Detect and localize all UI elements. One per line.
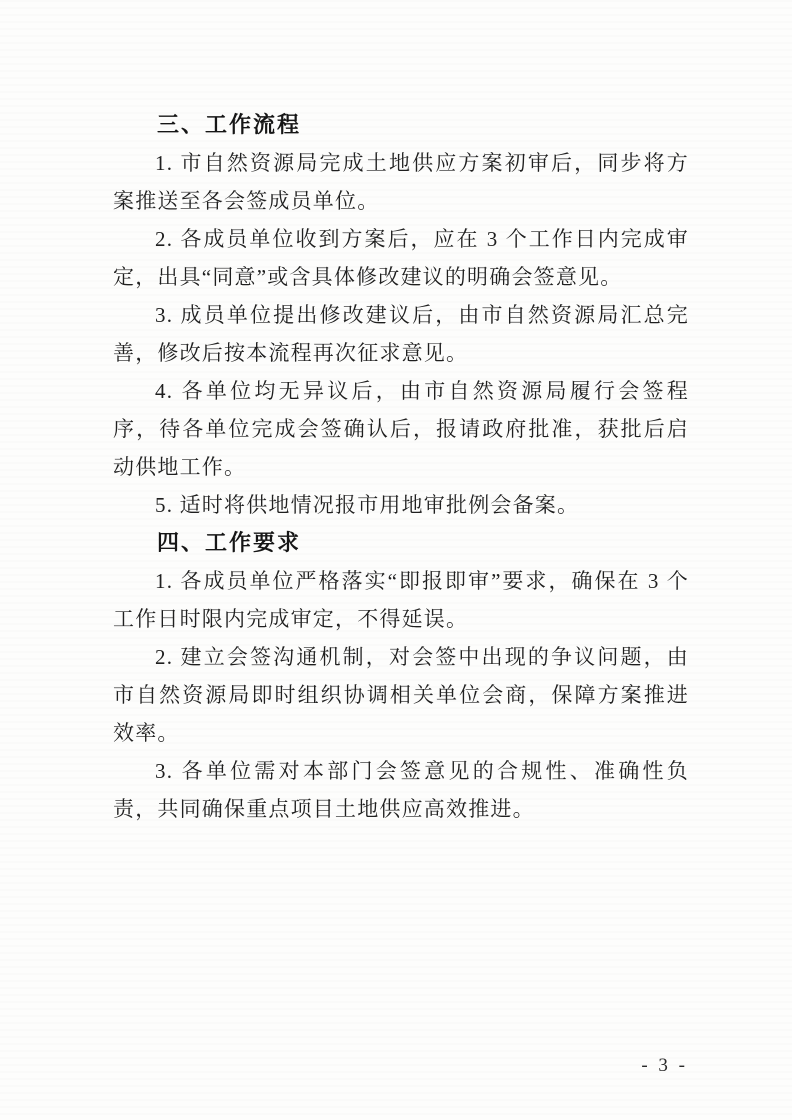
paragraph: 2. 各成员单位收到方案后，应在 3 个工作日内完成审定，出具“同意”或含具体修… xyxy=(113,220,689,296)
paragraph: 1. 市自然资源局完成土地供应方案初审后，同步将方案推送至各会签成员单位。 xyxy=(113,144,689,220)
document-body: 三、工作流程 1. 市自然资源局完成土地供应方案初审后，同步将方案推送至各会签成… xyxy=(113,106,689,828)
section-work-requirements: 四、工作要求 1. 各成员单位严格落实“即报即审”要求，确保在 3 个工作日时限… xyxy=(113,524,689,828)
section-heading-work-requirements: 四、工作要求 xyxy=(113,524,689,562)
document-page: 三、工作流程 1. 市自然资源局完成土地供应方案初审后，同步将方案推送至各会签成… xyxy=(0,0,792,1120)
paragraph: 5. 适时将供地情况报市用地审批例会备案。 xyxy=(113,486,689,524)
section-work-process: 三、工作流程 1. 市自然资源局完成土地供应方案初审后，同步将方案推送至各会签成… xyxy=(113,106,689,524)
paragraph: 3. 成员单位提出修改建议后，由市自然资源局汇总完善，修改后按本流程再次征求意见… xyxy=(113,296,689,372)
paragraph: 3. 各单位需对本部门会签意见的合规性、准确性负责，共同确保重点项目土地供应高效… xyxy=(113,752,689,828)
paragraph: 2. 建立会签沟通机制，对会签中出现的争议问题，由市自然资源局即时组织协调相关单… xyxy=(113,638,689,752)
section-heading-work-process: 三、工作流程 xyxy=(113,106,689,144)
page-number: - 3 - xyxy=(641,1054,688,1078)
paragraph: 4. 各单位均无异议后，由市自然资源局履行会签程序，待各单位完成会签确认后，报请… xyxy=(113,372,689,486)
paragraph: 1. 各成员单位严格落实“即报即审”要求，确保在 3 个工作日时限内完成审定，不… xyxy=(113,562,689,638)
